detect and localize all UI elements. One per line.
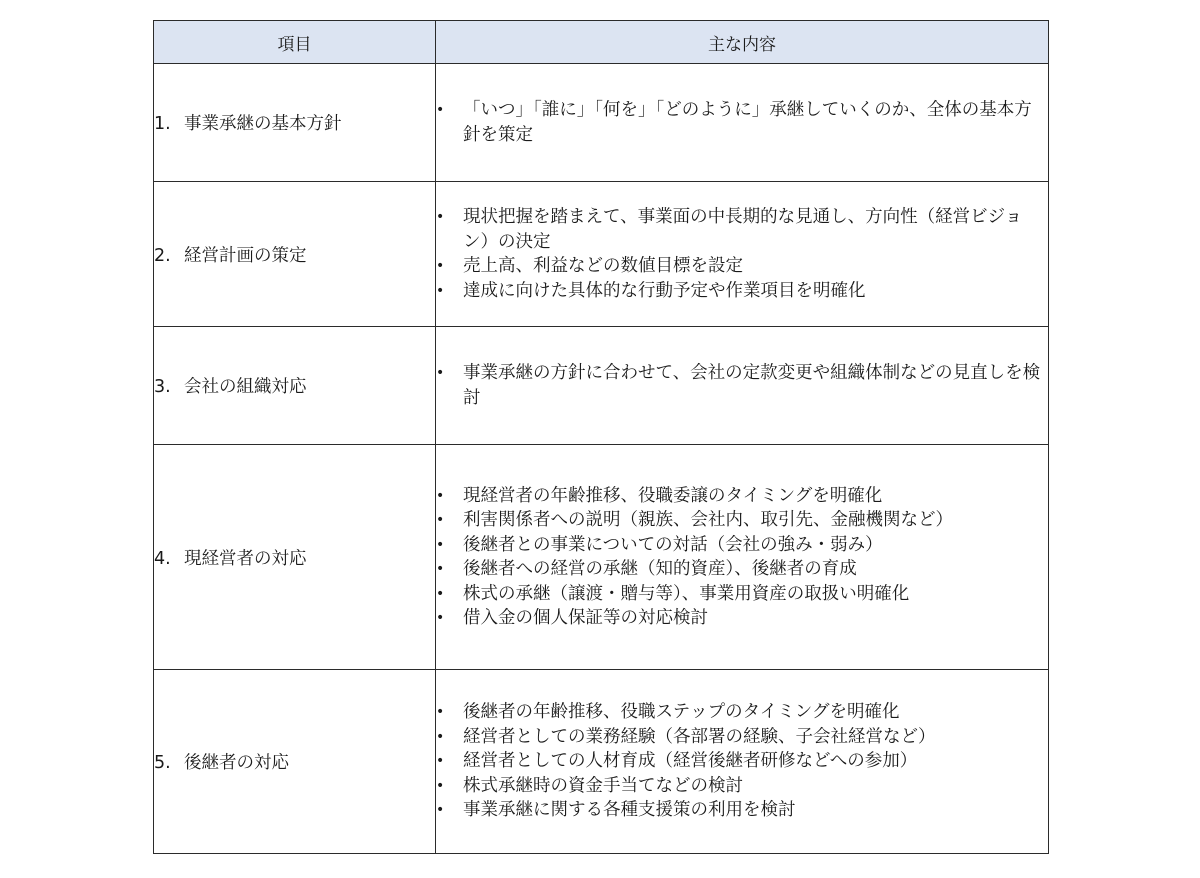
item-number: 5. — [154, 753, 184, 773]
item-cell: 2.経営計画の策定 — [154, 182, 436, 327]
list-item: •株式の承継（譲渡・贈与等）、事業用資産の取扱い明確化 — [436, 582, 1048, 607]
list-item: •後継者の年齢推移、役職ステップのタイミングを明確化 — [436, 700, 1048, 725]
content-cell: •後継者の年齢推移、役職ステップのタイミングを明確化 •経営者としての業務経験（… — [436, 670, 1049, 854]
item-cell: 3.会社の組織対応 — [154, 327, 436, 445]
item-label: 会社の組織対応 — [184, 377, 307, 397]
item-number: 4. — [154, 549, 184, 569]
list-item: •利害関係者への説明（親族、会社内、取引先、金融機関など） — [436, 508, 1048, 533]
bullet-list: •現状把握を踏まえて、事業面の中長期的な見通し、方向性（経営ビジョン）の決定 •… — [436, 205, 1048, 303]
item-cell: 1.事業承継の基本方針 — [154, 64, 436, 182]
header-row: 項目 主な内容 — [154, 21, 1049, 64]
bullet-list: •後継者の年齢推移、役職ステップのタイミングを明確化 •経営者としての業務経験（… — [436, 700, 1048, 823]
bullet-icon: • — [436, 774, 456, 799]
table-row: 4.現経営者の対応 •現経営者の年齢推移、役職委譲のタイミングを明確化 •利害関… — [154, 445, 1049, 670]
list-item: •借入金の個人保証等の対応検討 — [436, 606, 1048, 631]
table-row: 2.経営計画の策定 •現状把握を踏まえて、事業面の中長期的な見通し、方向性（経営… — [154, 182, 1049, 327]
list-item: •現経営者の年齢推移、役職委譲のタイミングを明確化 — [436, 484, 1048, 509]
content-cell: •「いつ」「誰に」「何を」「どのように」承継していくのか、全体の基本方針を策定 — [436, 64, 1049, 182]
content-cell: •現状把握を踏まえて、事業面の中長期的な見通し、方向性（経営ビジョン）の決定 •… — [436, 182, 1049, 327]
item-number: 3. — [154, 377, 184, 397]
list-item: •達成に向けた具体的な行動予定や作業項目を明確化 — [436, 279, 1048, 304]
item-cell: 4.現経営者の対応 — [154, 445, 436, 670]
bullet-icon: • — [436, 606, 456, 631]
list-item: •後継者への経営の承継（知的資産）、後継者の育成 — [436, 557, 1048, 582]
list-item: •経営者としての業務経験（各部署の経験、子会社経営など） — [436, 725, 1048, 750]
list-item: •株式承継時の資金手当てなどの検討 — [436, 774, 1048, 799]
list-item: •後継者との事業についての対話（会社の強み・弱み） — [436, 533, 1048, 558]
item-label: 事業承継の基本方針 — [184, 114, 342, 134]
bullet-icon: • — [436, 582, 456, 607]
bullet-icon: • — [436, 749, 456, 774]
item-label: 現経営者の対応 — [184, 549, 307, 569]
item-number: 2. — [154, 246, 184, 266]
bullet-icon: • — [436, 508, 456, 533]
list-item: •事業承継の方針に合わせて、会社の定款変更や組織体制などの見直しを検討 — [436, 361, 1048, 410]
content-cell: •現経営者の年齢推移、役職委譲のタイミングを明確化 •利害関係者への説明（親族、… — [436, 445, 1049, 670]
list-item: •現状把握を踏まえて、事業面の中長期的な見通し、方向性（経営ビジョン）の決定 — [436, 205, 1048, 254]
table-row: 3.会社の組織対応 •事業承継の方針に合わせて、会社の定款変更や組織体制などの見… — [154, 327, 1049, 445]
succession-plan-table: 項目 主な内容 1.事業承継の基本方針 •「いつ」「誰に」「何を」「どのように」… — [153, 20, 1049, 854]
item-label: 経営計画の策定 — [184, 246, 307, 266]
bullet-list: •「いつ」「誰に」「何を」「どのように」承継していくのか、全体の基本方針を策定 — [436, 98, 1048, 147]
bullet-icon: • — [436, 205, 456, 230]
list-item: •経営者としての人材育成（経営後継者研修などへの参加） — [436, 749, 1048, 774]
list-item: •事業承継に関する各種支援策の利用を検討 — [436, 798, 1048, 823]
bullet-icon: • — [436, 725, 456, 750]
list-item: •売上高、利益などの数値目標を設定 — [436, 254, 1048, 279]
bullet-icon: • — [436, 98, 456, 123]
bullet-list: •現経営者の年齢推移、役職委譲のタイミングを明確化 •利害関係者への説明（親族、… — [436, 484, 1048, 631]
list-item: •「いつ」「誰に」「何を」「どのように」承継していくのか、全体の基本方針を策定 — [436, 98, 1048, 147]
item-label: 後継者の対応 — [184, 753, 289, 773]
bullet-icon: • — [436, 484, 456, 509]
bullet-icon: • — [436, 533, 456, 558]
content-cell: •事業承継の方針に合わせて、会社の定款変更や組織体制などの見直しを検討 — [436, 327, 1049, 445]
table-row: 5.後継者の対応 •後継者の年齢推移、役職ステップのタイミングを明確化 •経営者… — [154, 670, 1049, 854]
bullet-icon: • — [436, 557, 456, 582]
bullet-icon: • — [436, 700, 456, 725]
bullet-icon: • — [436, 798, 456, 823]
bullet-icon: • — [436, 279, 456, 304]
bullet-icon: • — [436, 254, 456, 279]
bullet-list: •事業承継の方針に合わせて、会社の定款変更や組織体制などの見直しを検討 — [436, 361, 1048, 410]
bullet-icon: • — [436, 361, 456, 386]
item-cell: 5.後継者の対応 — [154, 670, 436, 854]
table-row: 1.事業承継の基本方針 •「いつ」「誰に」「何を」「どのように」承継していくのか… — [154, 64, 1049, 182]
header-item: 項目 — [154, 21, 436, 64]
item-number: 1. — [154, 114, 184, 134]
header-content: 主な内容 — [436, 21, 1049, 64]
